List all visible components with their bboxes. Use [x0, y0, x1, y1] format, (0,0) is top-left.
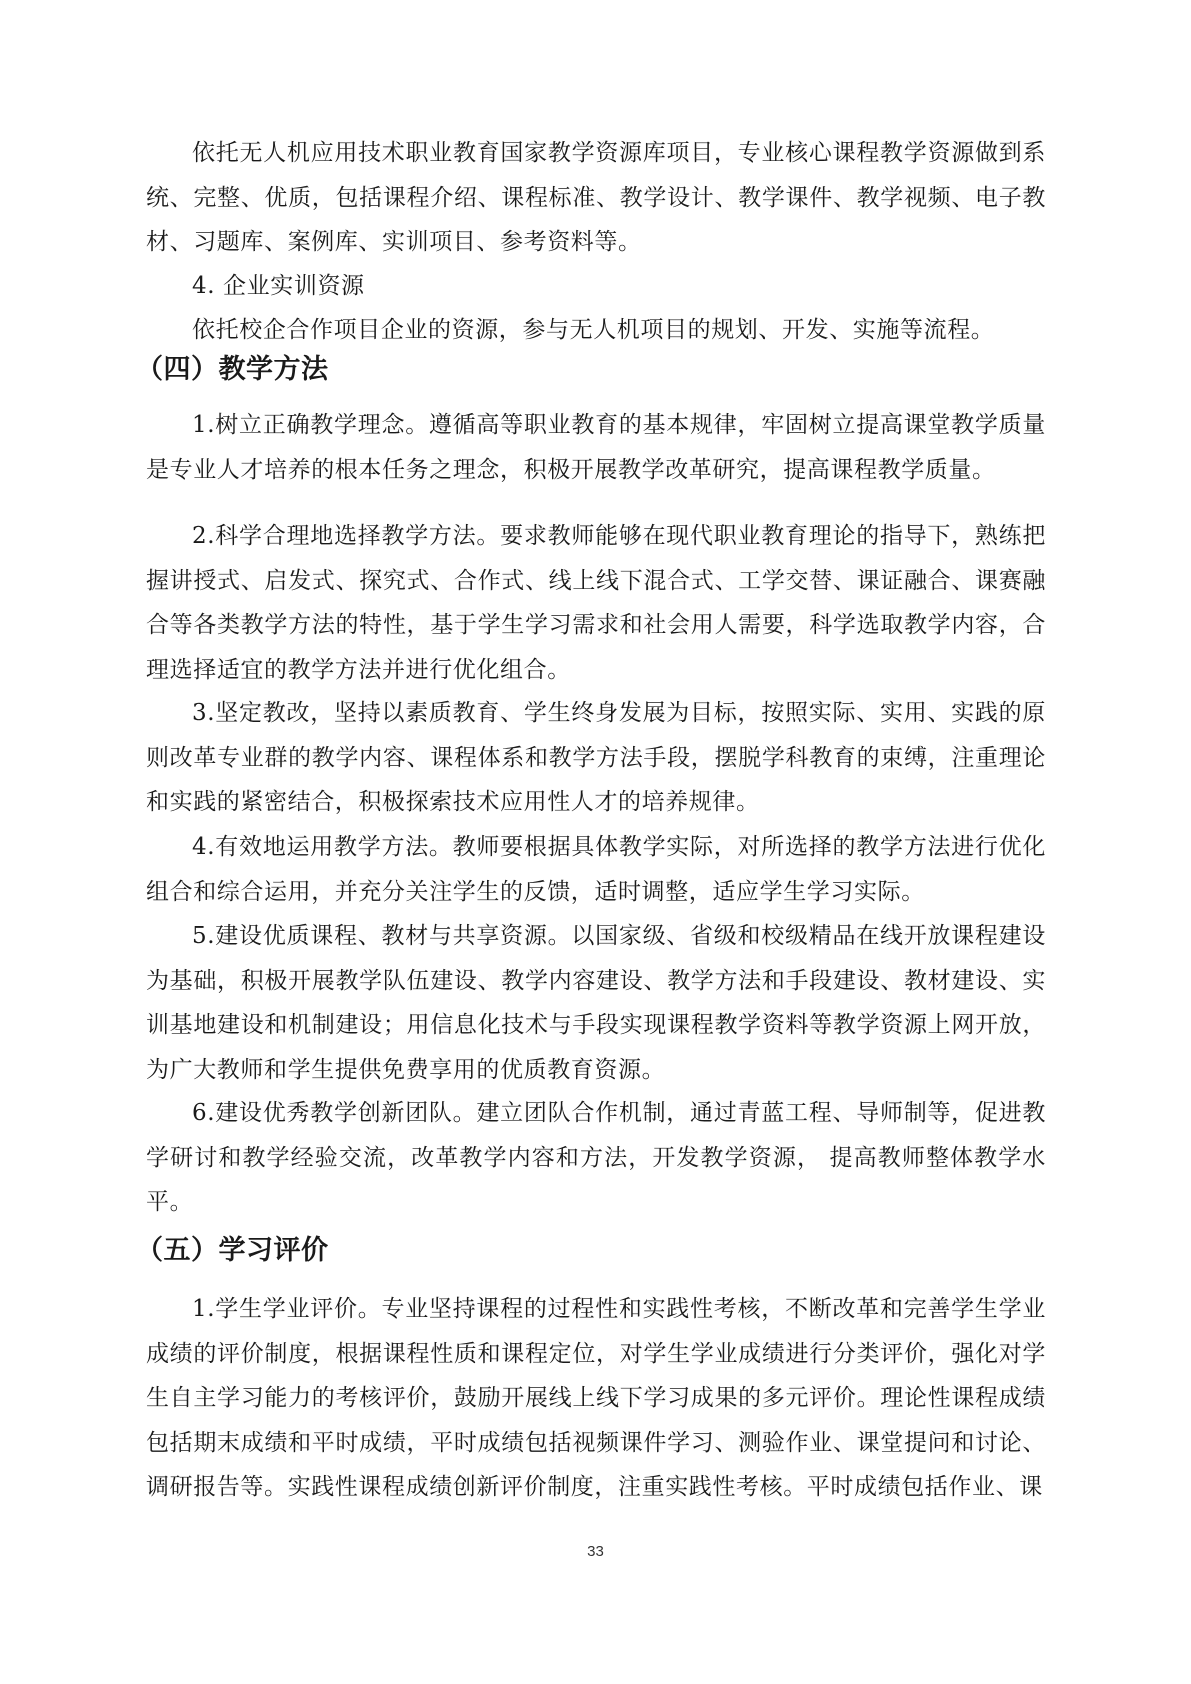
- section-heading-teaching-methods: （四）教学方法: [136, 350, 329, 390]
- paragraph-resource-library: 依托无人机应用技术职业教育国家教学资源库项目，专业核心课程教学资源做到系统、完整…: [146, 131, 1046, 265]
- document-page: 依托无人机应用技术职业教育国家教学资源库项目，专业核心课程教学资源做到系统、完整…: [0, 0, 1191, 1684]
- paragraph-method-3: 3.坚定教改，坚持以素质教育、学生终身发展为目标，按照实际、实用、实践的原则改革…: [146, 691, 1046, 825]
- paragraph-enterprise-resources: 依托校企合作项目企业的资源，参与无人机项目的规划、开发、实施等流程。: [146, 308, 1046, 353]
- paragraph-method-4: 4.有效地运用教学方法。教师要根据具体教学实际，对所选择的教学方法进行优化组合和…: [146, 825, 1046, 914]
- subheading-enterprise-resources: 4. 企业实训资源: [146, 264, 1046, 309]
- paragraph-method-2: 2.科学合理地选择教学方法。要求教师能够在现代职业教育理论的指导下，熟练把握讲授…: [146, 514, 1046, 692]
- paragraph-evaluation-1: 1.学生学业评价。专业坚持课程的过程性和实践性考核，不断改革和完善学生学业成绩的…: [146, 1287, 1046, 1510]
- page-number: 33: [0, 1543, 1191, 1560]
- paragraph-method-6: 6.建设优秀教学创新团队。建立团队合作机制，通过青蓝工程、导师制等，促进教学研讨…: [146, 1091, 1046, 1225]
- paragraph-method-5: 5.建设优质课程、教材与共享资源。以国家级、省级和校级精品在线开放课程建设为基础…: [146, 914, 1046, 1092]
- paragraph-method-1: 1.树立正确教学理念。遵循高等职业教育的基本规律，牢固树立提高课堂教学质量是专业…: [146, 403, 1046, 492]
- section-heading-learning-evaluation: （五）学习评价: [136, 1231, 329, 1271]
